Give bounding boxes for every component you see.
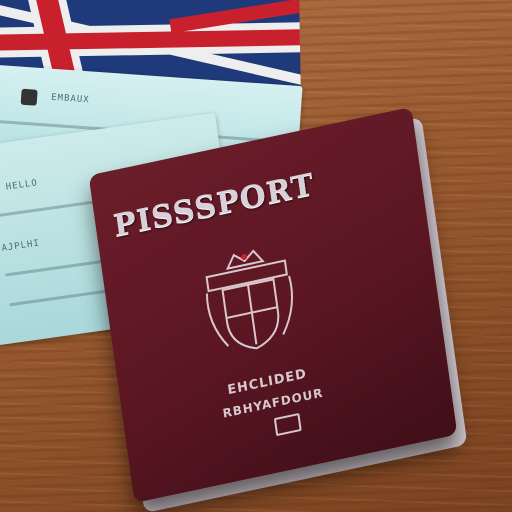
ticket-text: # HELLO [0,178,39,194]
coat-of-arms-icon [195,235,304,364]
passport-title: PISSSPORT [111,167,316,244]
ticket-text: AJPLHI [1,239,41,254]
ticket-text: EMBAUX [51,93,90,106]
passport: PISSSPORT EHCLIDED RBHYAFDOUR [89,107,458,503]
biometric-chip-icon [274,413,302,436]
ticket-logo-icon [21,89,38,106]
